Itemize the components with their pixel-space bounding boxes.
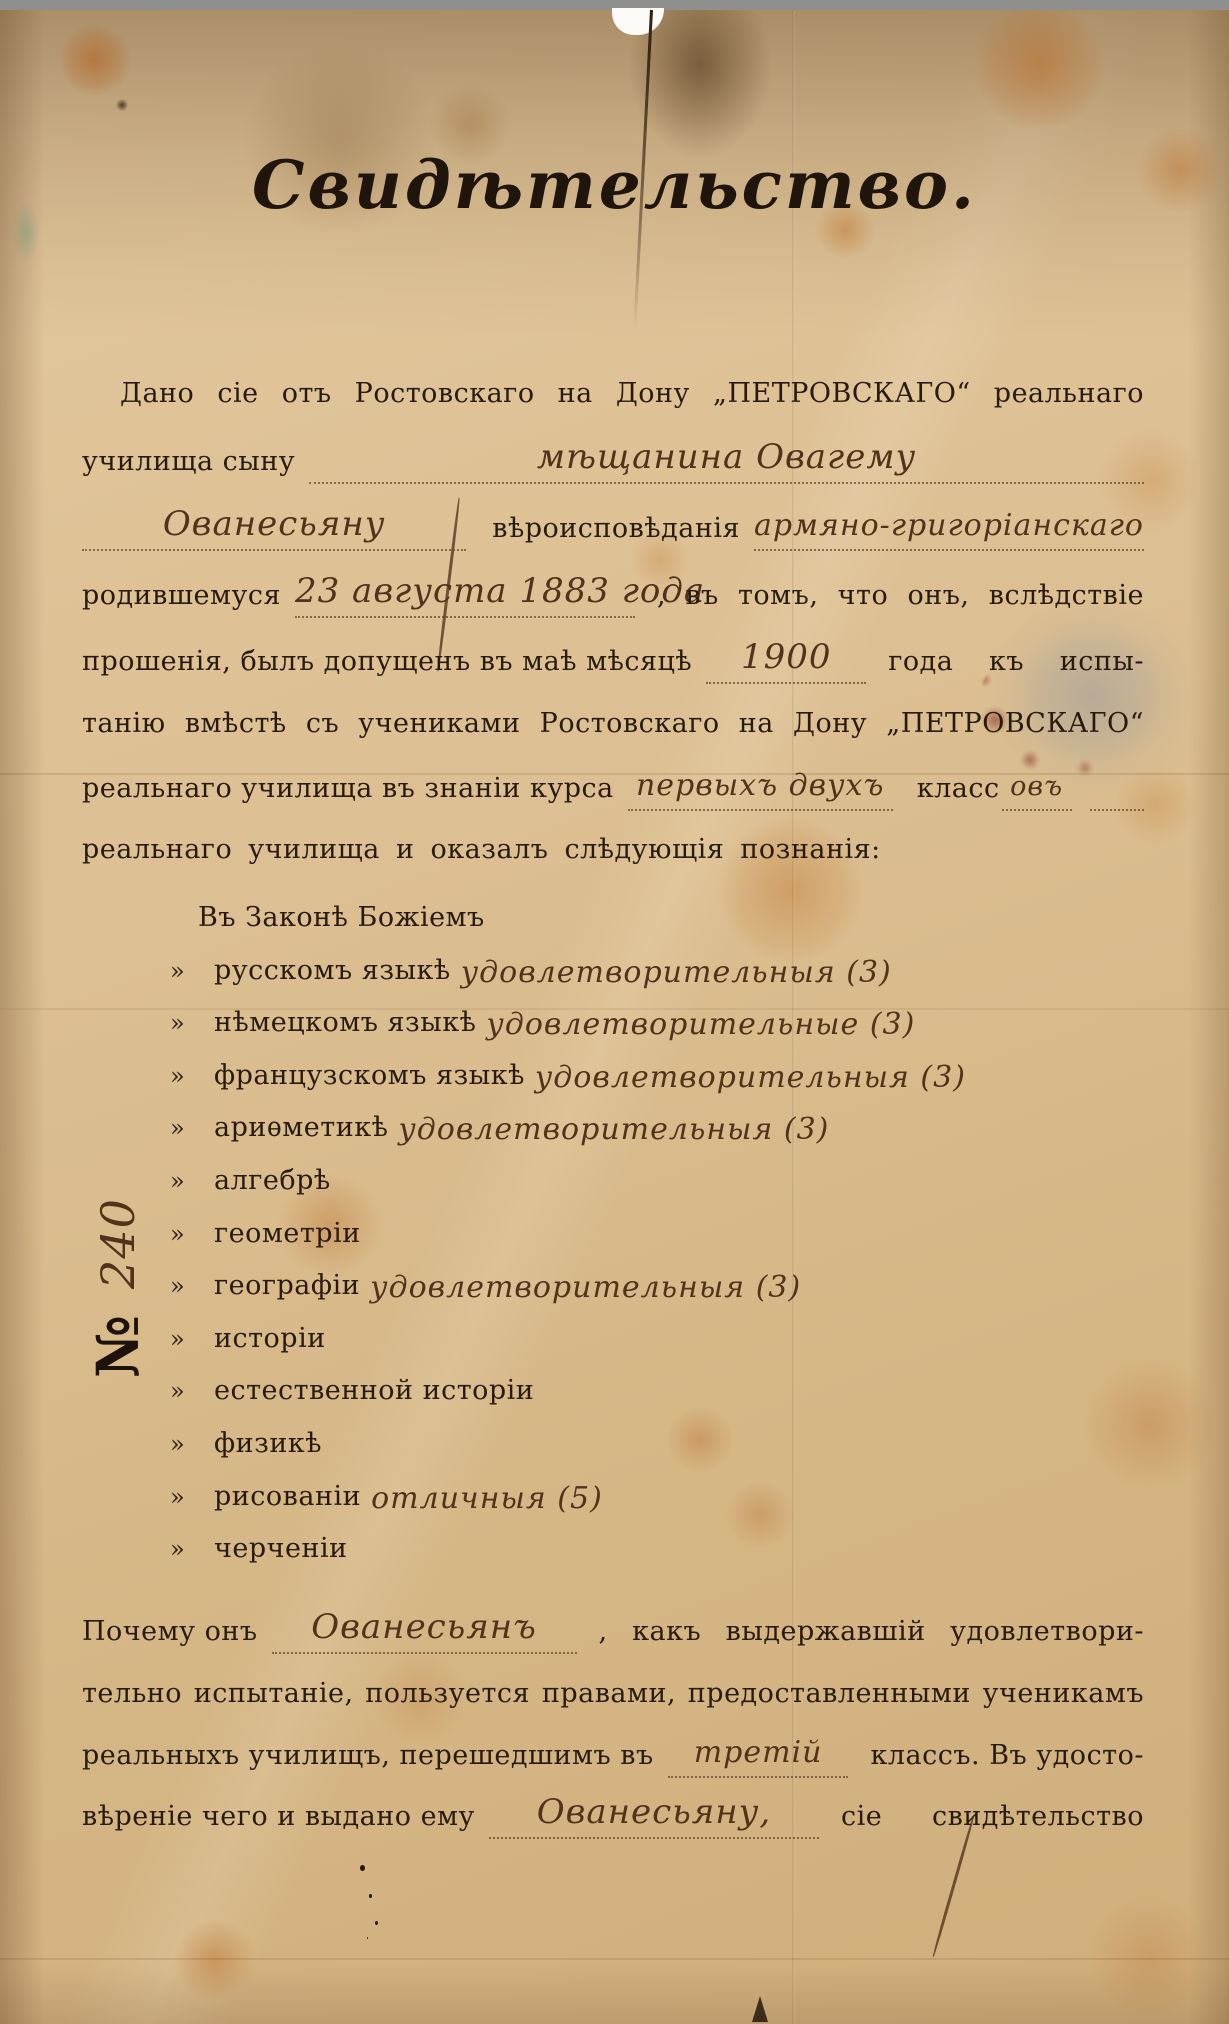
- ditto-marker: »: [170, 1272, 214, 1300]
- subject-label: геометріи: [214, 1218, 361, 1249]
- ditto-marker: »: [170, 1220, 214, 1248]
- dotted-blank-line: Ованесьяну,: [489, 1793, 819, 1839]
- subject-grade: удовлетворительныя (3): [535, 1063, 966, 1093]
- printed-text: классъ. Въ удосто-: [870, 1734, 1144, 1778]
- subject-label: физикѣ: [214, 1428, 322, 1459]
- subject-row: Въ Законѣ Божіемъ: [170, 902, 1110, 955]
- subject-grade: удовлетворительныя (3): [398, 1115, 829, 1145]
- printed-text: вѣроисповѣданія: [492, 507, 740, 551]
- paragraph-line: Ованесьяну вѣроисповѣданія армяно-григор…: [82, 505, 1144, 551]
- subject-row: » русскомъ языкѣ удовлетворительныя (3): [170, 955, 1110, 1008]
- handwritten-entry-confession: армяно-григоріанскаго: [754, 508, 1144, 543]
- ink-specks: [360, 1865, 365, 1871]
- printed-text: вѣреніе чего и выдано ему: [82, 1795, 475, 1839]
- subject-label: французскомъ языкѣ: [214, 1060, 525, 1091]
- paragraph-line: Почему онъ Ованесьянъ , какъ выдержавшій…: [82, 1608, 1144, 1654]
- subject-label: исторіи: [214, 1323, 326, 1354]
- subject-row: » ариѳметикѣ удовлетворительныя (3): [170, 1112, 1110, 1165]
- subject-grade: удовлетворительныя (3): [370, 1273, 801, 1303]
- handwritten-entry-surname: Ованесьяну: [163, 504, 386, 544]
- ditto-marker: »: [170, 1009, 214, 1037]
- subject-label: рисованіи: [214, 1481, 361, 1512]
- subject-row: » исторіи: [170, 1323, 1110, 1376]
- printed-text: прошенія, былъ допущенъ въ маѣ мѣсяцѣ: [82, 640, 692, 684]
- paragraph-line: родившемуся 23 августа 1883 года , въ то…: [82, 572, 1144, 618]
- paragraph-line: реальнаго училища и оказалъ слѣдующія по…: [82, 828, 1144, 872]
- dotted-blank-line: 1900: [706, 638, 866, 684]
- subject-label: нѣмецкомъ языкѣ: [214, 1007, 476, 1038]
- subject-label: алгебрѣ: [214, 1165, 331, 1196]
- printed-text: реальнаго училища и оказалъ слѣдующія по…: [82, 834, 881, 865]
- subject-row: » рисованіи отличныя (5): [170, 1481, 1110, 1534]
- subject-label: ариѳметикѣ: [214, 1112, 388, 1143]
- ditto-marker: »: [170, 1535, 214, 1563]
- ditto-marker: »: [170, 1430, 214, 1458]
- printed-text: училища сыну: [82, 440, 295, 484]
- handwritten-number: 240: [95, 1198, 141, 1289]
- ink-mark: [752, 1996, 768, 2022]
- paragraph-line: тельно испытаніе, пользуется правами, пр…: [82, 1672, 1144, 1716]
- dotted-blank-line: первыхъ двухъ: [628, 765, 893, 811]
- subject-grade: удовлетворительные (3): [486, 1010, 915, 1040]
- handwritten-entry-birthdate: 23 августа 1883 года: [295, 571, 705, 611]
- dotted-blank-line: армяно-григоріанскаго: [754, 505, 1144, 551]
- subject-label: черченіи: [214, 1533, 348, 1564]
- ditto-marker: »: [170, 1325, 214, 1353]
- subject-row: » физикѣ: [170, 1428, 1110, 1481]
- dotted-blank-line: [1090, 809, 1144, 811]
- printed-text: года къ испы-: [888, 640, 1144, 684]
- dotted-blank-line: Ованесьянъ: [272, 1608, 577, 1654]
- paragraph-line: реальныхъ училищъ, перешедшимъ въ третій…: [82, 1732, 1144, 1778]
- subject-label: географіи: [214, 1270, 360, 1301]
- subject-grade: отличныя (5): [371, 1484, 603, 1514]
- subject-label: русскомъ языкѣ: [214, 955, 451, 986]
- handwritten-entry-exam-year: 1900: [741, 637, 832, 677]
- subject-row: » черченіи: [170, 1533, 1110, 1586]
- printed-text: Дано сіе отъ Ростовскаго на Дону „ПЕТРОВ…: [120, 378, 1144, 409]
- handwritten-entry-promoted-class: третій: [694, 1735, 823, 1770]
- printed-text: Почему онъ: [82, 1610, 258, 1654]
- dotted-blank-line: Ованесьяну: [82, 505, 466, 551]
- handwritten-entry-parentage-name: мѣщанина Овагему: [537, 437, 916, 477]
- handwritten-entry-classes-suffix: овъ: [1010, 771, 1063, 802]
- printed-text: реальнаго училища въ знаніи курса: [82, 767, 614, 811]
- paragraph-line: Дано сіе отъ Ростовскаго на Дону „ПЕТРОВ…: [82, 372, 1144, 416]
- printed-text: реальныхъ училищъ, перешедшимъ въ: [82, 1734, 654, 1778]
- subject-label: Въ Законѣ Божіемъ: [198, 902, 485, 933]
- handwritten-entry-surname-2: Ованесьянъ: [311, 1607, 537, 1647]
- subject-grade: удовлетворительныя (3): [461, 958, 892, 988]
- ditto-marker: »: [170, 1167, 214, 1195]
- fold-crease-horizontal: [0, 1958, 1229, 1960]
- subject-label: естественной исторіи: [214, 1375, 534, 1406]
- paragraph-line: танію вмѣстѣ съ учениками Ростовскаго на…: [82, 702, 1144, 746]
- printed-text: родившемуся: [82, 574, 281, 618]
- ditto-marker: »: [170, 957, 214, 985]
- printed-text: , въ томъ, что онъ, вслѣдствіе: [657, 574, 1144, 618]
- scanned-certificate: Свидѣтельство. № 240 Дано сіе отъ Ростов…: [0, 0, 1229, 2024]
- subject-row: » алгебрѣ: [170, 1165, 1110, 1218]
- printed-text: , какъ выдержавшій удовлетвори-: [599, 1610, 1144, 1654]
- subject-row: » нѣмецкомъ языкѣ удовлетворительные (3): [170, 1007, 1110, 1060]
- number-sign: №: [84, 1315, 152, 1378]
- dotted-blank-line: овъ: [1002, 765, 1072, 811]
- printed-text: танію вмѣстѣ съ учениками Ростовскаго на…: [82, 708, 1144, 739]
- registration-number: № 240: [70, 1018, 166, 1378]
- printed-text: класс: [917, 767, 1000, 811]
- certificate-title: Свидѣтельство.: [0, 146, 1229, 224]
- ditto-marker: »: [170, 1114, 214, 1142]
- ditto-marker: »: [170, 1483, 214, 1511]
- paragraph-line: училища сыну мѣщанина Овагему: [82, 438, 1144, 484]
- subject-row: » географіи удовлетворительныя (3): [170, 1270, 1110, 1323]
- subjects-list: Въ Законѣ Божіемъ » русскомъ языкѣ удовл…: [170, 902, 1110, 1586]
- paragraph-line: вѣреніе чего и выдано ему Ованесьяну, сі…: [82, 1793, 1144, 1839]
- printed-text: сіе свидѣтельство: [841, 1795, 1144, 1839]
- handwritten-entry-surname-3: Ованесьяну,: [537, 1792, 771, 1832]
- subject-row: » естественной исторіи: [170, 1375, 1110, 1428]
- printed-text: тельно испытаніе, пользуется правами, пр…: [82, 1678, 1144, 1709]
- ditto-marker: »: [170, 1377, 214, 1405]
- handwritten-entry-course-classes: первыхъ двухъ: [636, 768, 884, 803]
- subject-row: » геометріи: [170, 1218, 1110, 1271]
- dotted-blank-line: третій: [668, 1732, 849, 1778]
- dotted-blank-line: мѣщанина Овагему: [309, 438, 1144, 484]
- dotted-blank-line: 23 августа 1883 года: [295, 572, 635, 618]
- ditto-marker: »: [170, 1062, 214, 1090]
- subject-row: » французскомъ языкѣ удовлетворительныя …: [170, 1060, 1110, 1113]
- paragraph-line: реальнаго училища въ знаніи курса первых…: [82, 765, 1144, 811]
- paragraph-line: прошенія, былъ допущенъ въ маѣ мѣсяцѣ 19…: [82, 638, 1144, 684]
